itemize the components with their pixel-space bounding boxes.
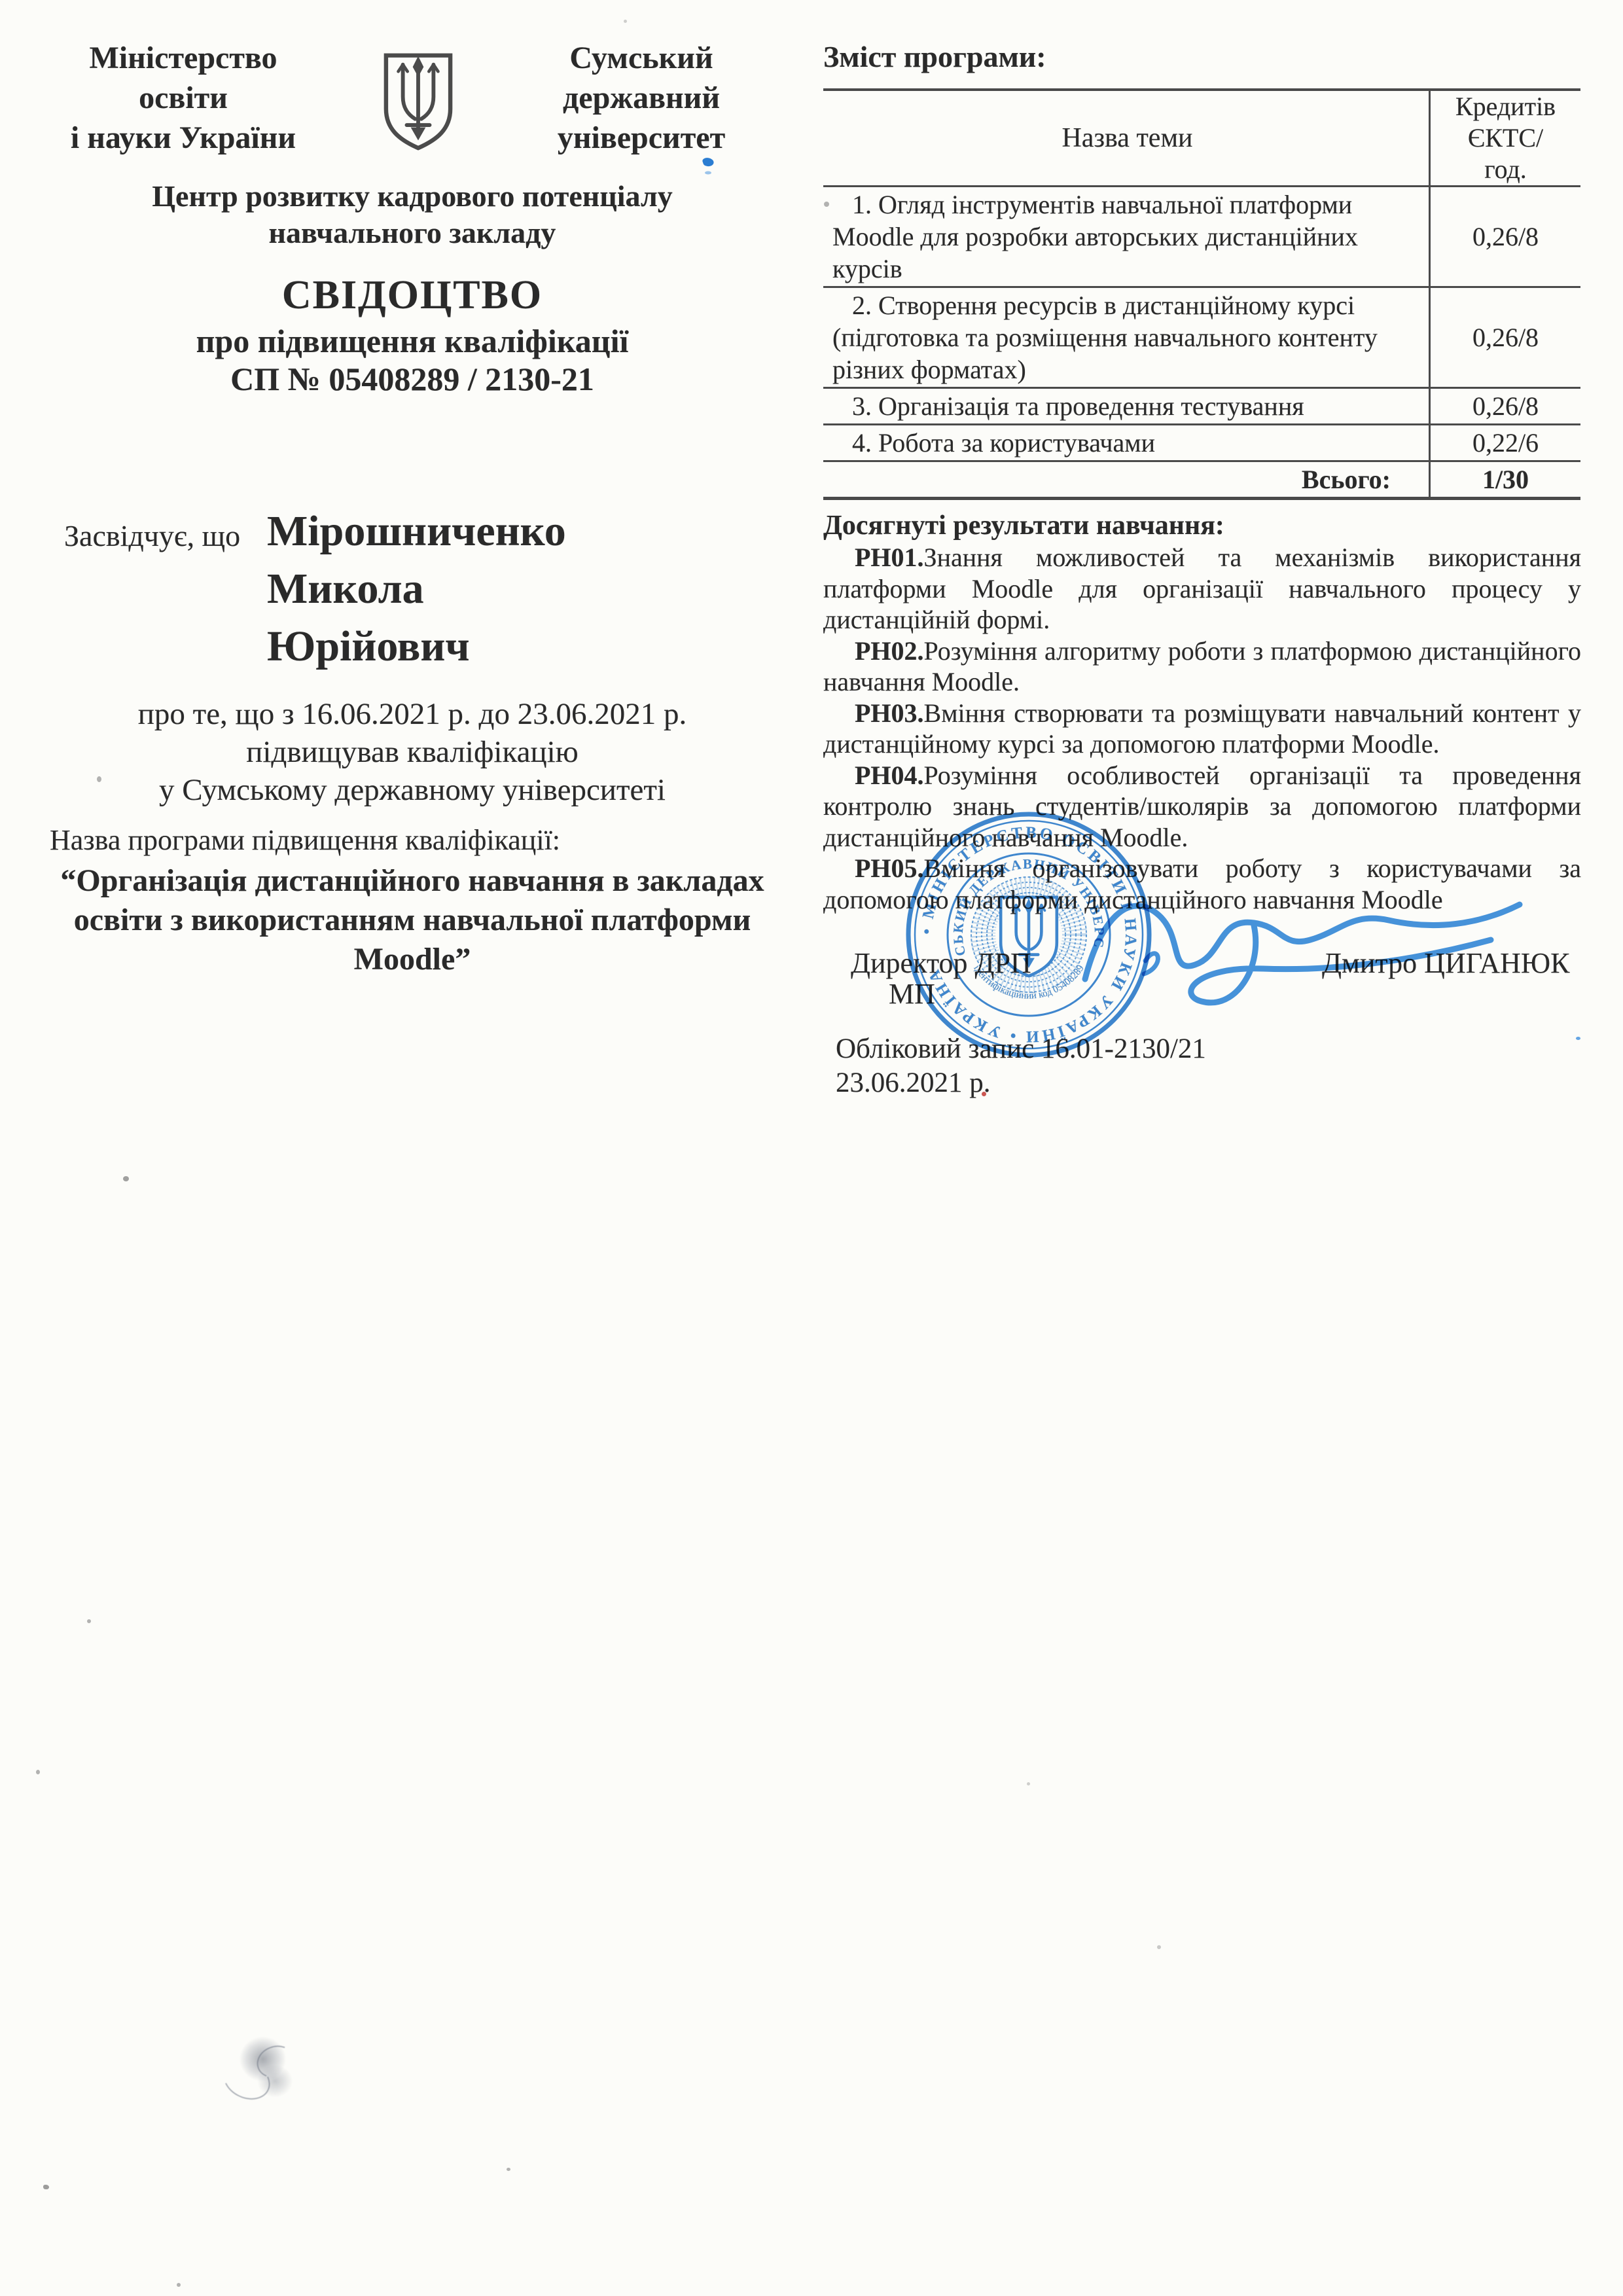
outcome-item: РН02.Розуміння алгоритму роботи з платфо… — [823, 636, 1581, 698]
column-header-credits: Кредитів ЄКТС/ год. — [1431, 91, 1580, 185]
outcome-text: Вміння створювати та розміщувати навчаль… — [823, 698, 1581, 759]
issuing-center-line: Центр розвитку кадрового потенціалу — [39, 178, 785, 215]
scan-speck — [624, 20, 627, 23]
scan-speck — [43, 2185, 49, 2189]
credits-cell: 0,26/8 — [1431, 288, 1580, 387]
scan-speck — [1157, 1945, 1161, 1949]
topic-cell: 1. Огляд інструментів навчальної платфор… — [823, 187, 1431, 286]
outcome-code: РН01. — [855, 543, 924, 572]
document-number: СП № 05408289 / 2130-21 — [39, 360, 785, 398]
scan-speck — [123, 1176, 129, 1181]
period-line: у Сумському державному університеті — [39, 771, 785, 809]
learning-outcomes-heading: Досягнуті результати навчання: — [823, 509, 1581, 542]
ministry-line: і науки України — [41, 118, 326, 158]
program-contents-table: Назва теми Кредитів ЄКТС/ год. 1. Огляд … — [823, 88, 1580, 500]
topic-cell: 4. Робота за користувачами — [823, 425, 1431, 460]
scan-speck — [87, 1619, 91, 1623]
total-label: Всього: — [823, 462, 1431, 497]
table-row: 2. Створення ресурсів в дистанційному ку… — [823, 288, 1580, 389]
university-line: державний — [512, 78, 771, 118]
ministry-line: Міністерство — [41, 38, 326, 78]
university-header: Сумський державний університет — [512, 38, 771, 158]
total-value: 1/30 — [1431, 462, 1580, 497]
university-line: Сумський — [512, 38, 771, 78]
scan-speck — [36, 1770, 40, 1774]
outcome-item: РН03.Вміння створювати та розміщувати на… — [823, 698, 1581, 760]
scan-speck — [97, 776, 101, 782]
topic-cell: 3. Організація та проведення тестування — [823, 389, 1431, 423]
scan-speck — [507, 2168, 510, 2171]
outcome-code: РН03. — [855, 698, 924, 728]
document-title: СВІДОЦТВО — [39, 272, 785, 319]
program-name-label: Назва програми підвищення кваліфікації: — [50, 823, 560, 857]
dust-blob-artifact — [230, 2028, 302, 2106]
holder-patronymic: Юрійович — [267, 618, 566, 675]
outcome-code: РН04. — [855, 761, 924, 790]
credits-cell: 0,26/8 — [1431, 187, 1580, 286]
period-line: підвищував кваліфікацію — [39, 733, 785, 771]
scan-speck — [177, 2283, 181, 2287]
ministry-header: Міністерство освіти і науки України — [41, 38, 326, 158]
credits-cell: 0,26/8 — [1431, 389, 1580, 423]
blue-ink-mark — [699, 156, 725, 179]
topic-cell: 2. Створення ресурсів в дистанційному ку… — [823, 288, 1431, 387]
period-line: про те, що з 16.06.2021 р. до 23.06.2021… — [39, 695, 785, 733]
certificate-page: Міністерство освіти і науки України Сумс… — [0, 0, 1623, 2296]
outcome-text: Знання можливостей та механізмів викорис… — [823, 543, 1581, 634]
table-row: 1. Огляд інструментів навчальної платфор… — [823, 187, 1580, 288]
table-row: 4. Робота за користувачами 0,22/6 — [823, 425, 1580, 462]
training-period: про те, що з 16.06.2021 р. до 23.06.2021… — [39, 695, 785, 809]
program-name: “Організація дистанційного навчання в за… — [39, 861, 785, 979]
red-dot-artifact — [982, 1092, 986, 1096]
credits-cell: 0,22/6 — [1431, 425, 1580, 460]
issuing-center-line: навчального закладу — [39, 215, 785, 251]
contents-heading: Зміст програми: — [823, 39, 1046, 74]
program-name-line: “Організація дистанційного навчання в за… — [39, 861, 785, 901]
holder-firstname: Микола — [267, 560, 566, 618]
table-header-row: Назва теми Кредитів ЄКТС/ год. — [823, 91, 1580, 187]
stamp-trident-icon — [1001, 897, 1057, 976]
ministry-line: освіти — [41, 78, 326, 118]
document-subtitle: про підвищення кваліфікації — [39, 322, 785, 360]
column-header-topic: Назва теми — [823, 91, 1431, 185]
table-row: 3. Організація та проведення тестування … — [823, 389, 1580, 425]
program-name-line: Moodle” — [39, 940, 785, 979]
issue-date: 23.06.2021 р. — [836, 1067, 991, 1099]
table-total-row: Всього: 1/30 — [823, 462, 1580, 500]
outcome-item: РН01.Знання можливостей та механізмів ви… — [823, 542, 1581, 636]
scan-speck — [1027, 1782, 1030, 1785]
outcome-text: Розуміння алгоритму роботи з платформою … — [823, 636, 1581, 697]
holder-surname: Мірошниченко — [267, 503, 566, 560]
issuing-center: Центр розвитку кадрового потенціалу навч… — [39, 178, 785, 251]
university-line: університет — [512, 118, 771, 158]
trident-shield-emblem-icon — [378, 52, 458, 152]
director-signature — [1067, 863, 1538, 1033]
outcome-code: РН02. — [855, 636, 924, 666]
program-name-line: освіти з використанням навчальної платфо… — [39, 901, 785, 940]
certifies-label: Засвідчує, що — [64, 518, 240, 553]
scan-speck — [1576, 1037, 1580, 1040]
scan-speck — [824, 202, 829, 207]
holder-name: Мірошниченко Микола Юрійович — [267, 503, 566, 675]
